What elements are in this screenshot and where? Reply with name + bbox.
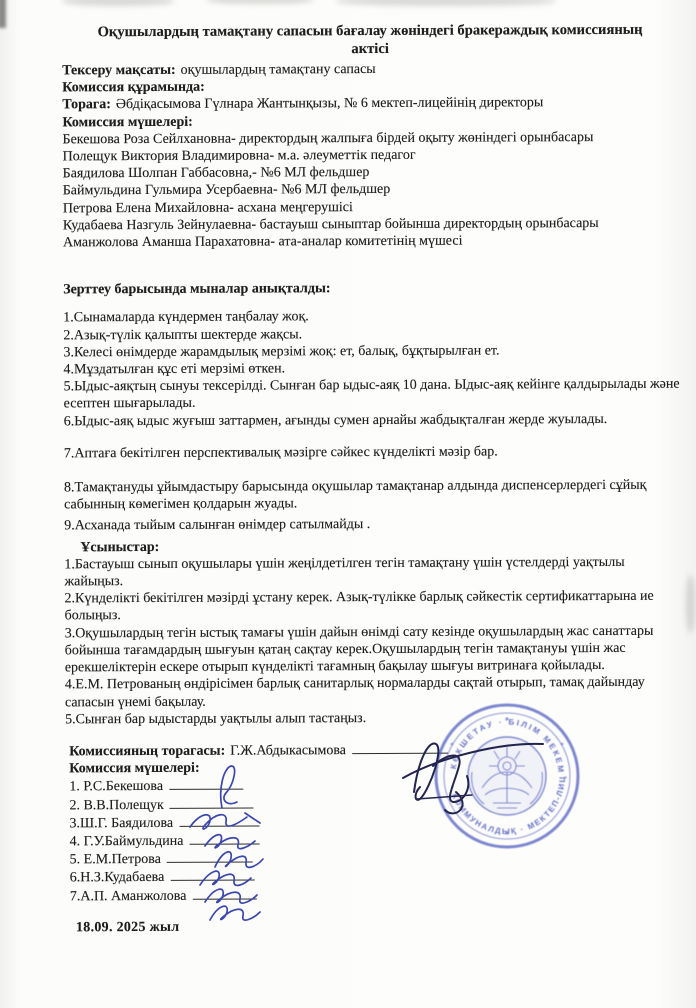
commission-member: Аманжолова Аманша Парахатовна- ата-анала… (63, 232, 679, 252)
page-title-line2: актісі (62, 39, 678, 60)
signature-underline (170, 868, 254, 881)
scanned-document-page: Оқушылардың тамақтану сапасын бағалау жө… (0, 0, 696, 1008)
signatory-name: 4. Г.У.Баймульдина (70, 834, 184, 849)
finding-item: 9.Асханада тыйым салынған өнімдер сатылм… (64, 515, 680, 535)
findings-list: 1.Сынамаларда күндермен таңбалау жоқ. 2.… (63, 307, 680, 535)
document-body: Оқушылардың тамақтану сапасын бағалау жө… (62, 21, 682, 937)
chairman-sign-name: Г.Ж.Абдыкасымова (230, 743, 346, 759)
signatory-name: 6.Н.З.Кудабаева (70, 870, 165, 885)
purpose-text: оқушылардың тамақтану сапасы (181, 62, 376, 78)
signature-underline (189, 831, 259, 844)
recommendations-list: 1.Бастауыш сынып оқушылары үшін жеңілдет… (64, 554, 681, 729)
signatory-name: 5. Е.М.Петрова (70, 852, 161, 867)
signature-underline (167, 850, 253, 863)
scan-artifact (0, 0, 6, 28)
recommendation-item: 3.Оқушылардың тегін ыстық тамағы үшін да… (65, 622, 681, 676)
signature-underline (170, 795, 254, 808)
page-title: Оқушылардың тамақтану сапасын бағалау жө… (62, 21, 678, 42)
signatory-name: 2. В.В.Полещук (69, 797, 163, 812)
chairman-sign-label: Комиссияның торагасы: (69, 744, 225, 760)
chair-label: Торага: (62, 98, 111, 113)
chair-text: Әбдіқасымова Гүлнара Жантынқызы, № 6 мек… (116, 96, 543, 113)
purpose-label: Тексеру мақсаты: (62, 63, 176, 78)
signature-block: Комиссияның торагасы:Г.Ж.Абдыкасымова Ко… (65, 740, 682, 906)
scan-artifact (686, 575, 695, 633)
finding-item: 8.Тамақтануды ұйымдастыру барысында оқуш… (64, 477, 680, 514)
scan-artifact (206, 0, 314, 4)
signature-underline (179, 813, 259, 826)
signatory-name: 1. Р.С.Бекешова (69, 779, 163, 794)
signatory-name: 7.А.П. Аманжолова (70, 888, 187, 904)
recommendation-item: 4.Е.М. Петрованың өндірісімен барлық сан… (65, 674, 681, 711)
finding-item: 6.Ыдыс-аяқ ыдыс жуғыш заттармен, ағынды … (64, 410, 680, 430)
recommendation-item: 2.Күнделікті бекітілген мәзірді ұстану к… (64, 588, 680, 625)
finding-item: 5.Ыдыс-аяқтың сынуы тексерілді. Сынған б… (64, 376, 680, 413)
findings-heading: Зерттеу барысында мыналар анықталды: (63, 279, 679, 299)
recommendation-item: 5.Сынған бар ыдыстарды уақтылы алып таст… (65, 708, 681, 728)
signature-underline (169, 777, 243, 790)
scan-artifact (62, 0, 174, 6)
commission-intro: Тексеру мақсаты:оқушылардың тамақтану са… (62, 60, 679, 252)
recommendation-item: 1.Бастауыш сынып оқушылары үшін жеңілдет… (64, 554, 680, 591)
signatory-name: 3.Ш.Г. Баядилова (69, 816, 173, 831)
signature-underline (352, 741, 448, 754)
commission-member: Кудабаева Назгуль Зейнулаевна- бастауыш … (63, 214, 679, 234)
document-date: 18.09. 2025 жыл (66, 916, 682, 936)
signature-underline (192, 886, 256, 899)
finding-item: 7.Аптаға бекітілген перспективалық мәзір… (64, 443, 680, 463)
scan-artifact (336, 0, 556, 6)
commission-member: Бекешова Роза Сейлхановна- директордың ж… (62, 128, 678, 148)
member-signature-row: 7.А.П. Аманжолова (70, 884, 682, 905)
